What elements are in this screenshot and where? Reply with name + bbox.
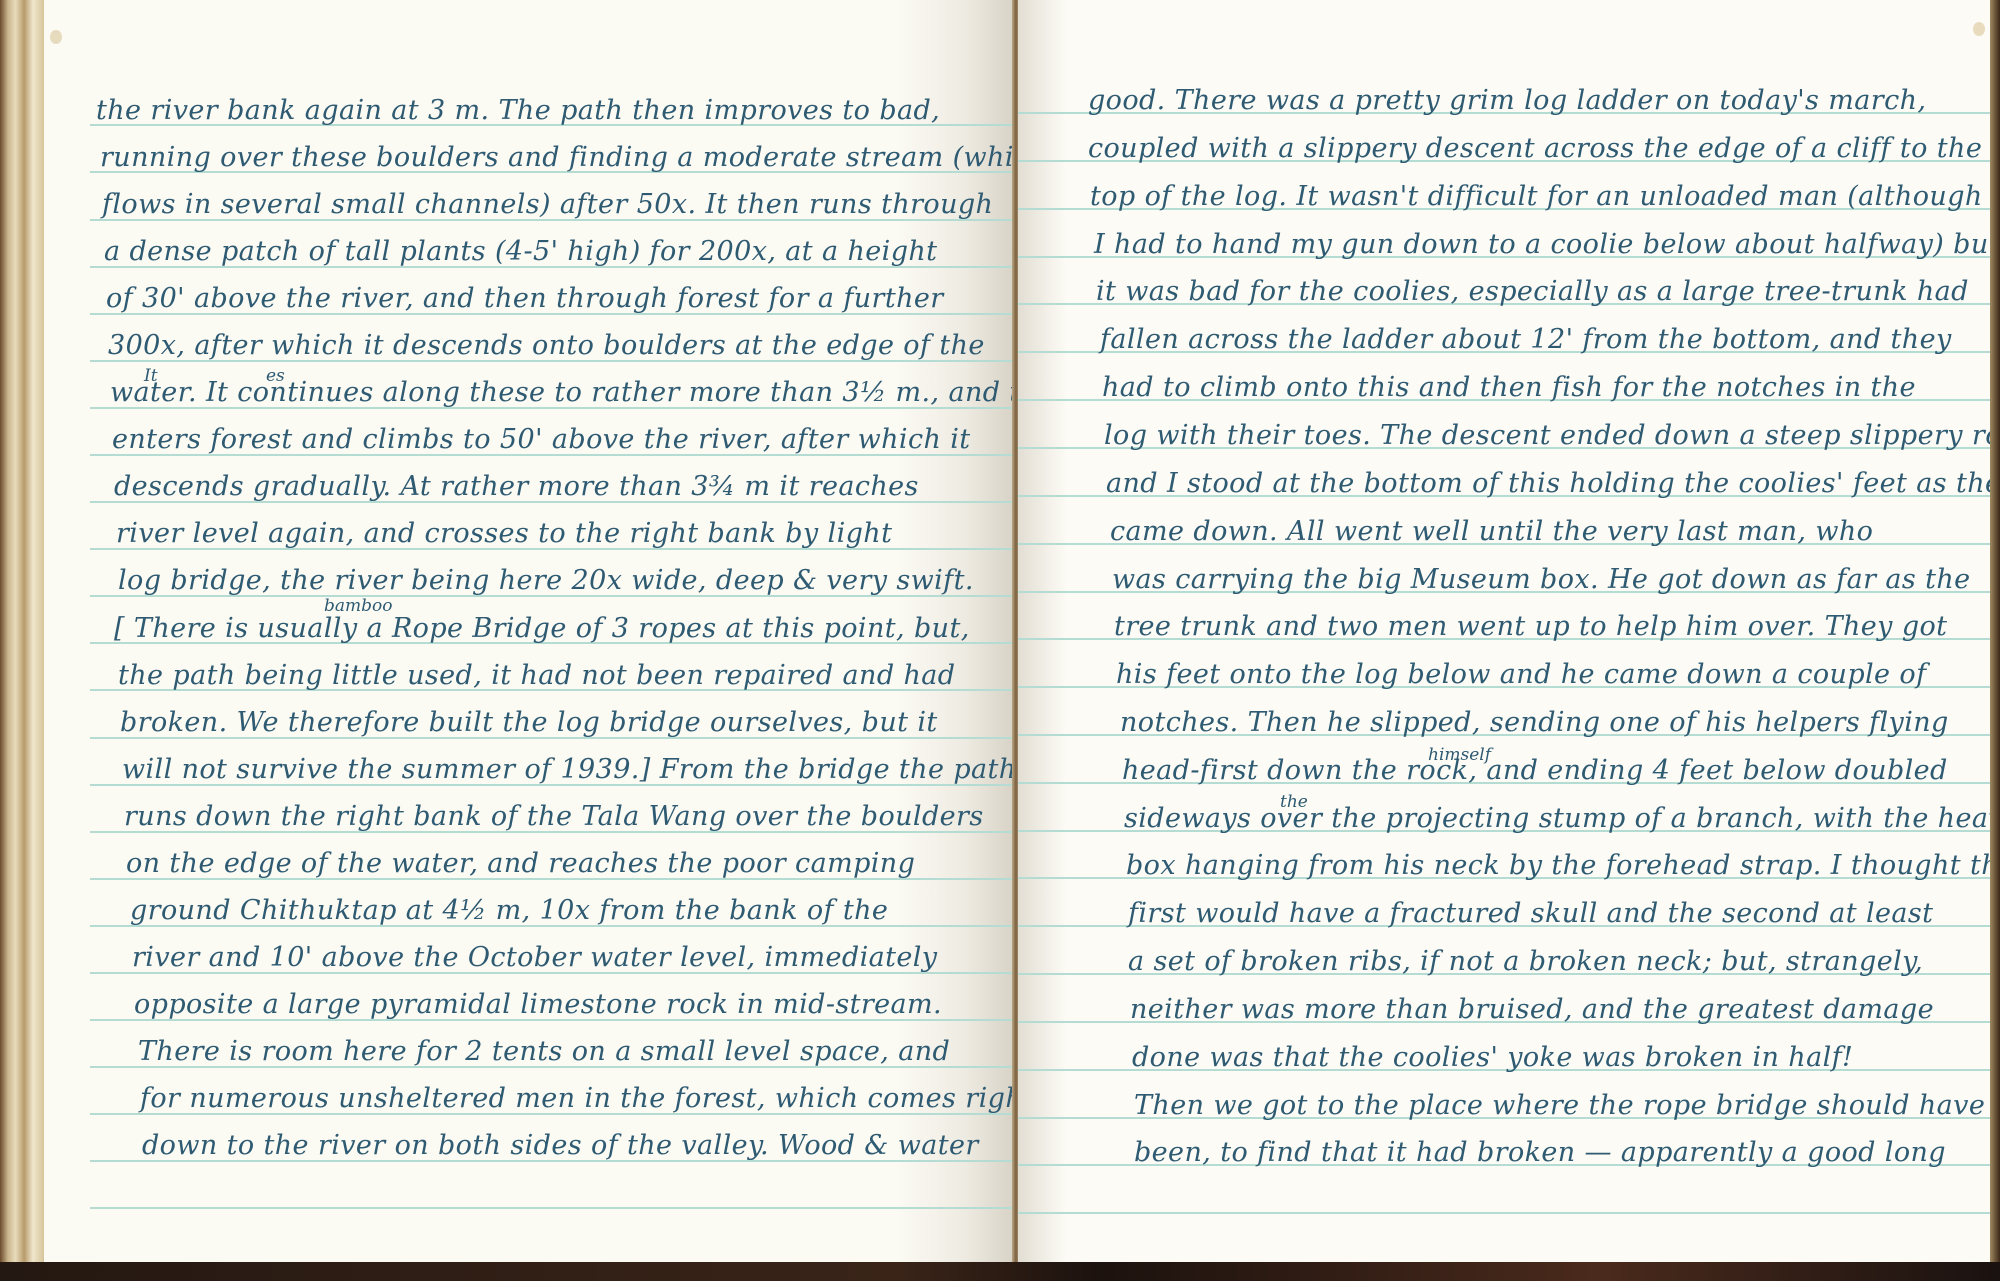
handwritten-line: broken. We therefore built the log bridg… bbox=[120, 708, 938, 738]
handwritten-line: came down. All went well until the very … bbox=[1110, 517, 1873, 547]
interlinear-insertion: It bbox=[144, 366, 158, 386]
handwritten-line: Then we got to the place where the rope … bbox=[1134, 1091, 1985, 1121]
left-page-text: the river bank again at 3 m. The path th… bbox=[44, 0, 1014, 1262]
handwritten-line: log with their toes. The descent ended d… bbox=[1104, 421, 2000, 451]
handwritten-line: ground Chithuktap at 4½ m, 10x from the … bbox=[130, 896, 888, 926]
handwritten-line: There is room here for 2 tents on a smal… bbox=[138, 1037, 950, 1067]
handwritten-line: will not survive the summer of 1939.] Fr… bbox=[122, 755, 1017, 785]
handwritten-line: tree trunk and two men went up to help h… bbox=[1114, 612, 1947, 642]
handwritten-line: coupled with a slippery descent across t… bbox=[1088, 134, 1982, 164]
right-page-text: good. There was a pretty grim log ladder… bbox=[1018, 0, 1990, 1262]
handwritten-line: river level again, and crosses to the ri… bbox=[116, 519, 892, 549]
handwritten-line: of 30' above the river, and then through… bbox=[106, 284, 944, 314]
handwritten-line: log bridge, the river being here 20x wid… bbox=[118, 566, 974, 596]
right-page: good. There was a pretty grim log ladder… bbox=[1018, 0, 1990, 1262]
handwritten-line: water. It continues along these to rathe… bbox=[110, 378, 1073, 408]
handwritten-line: the river bank again at 3 m. The path th… bbox=[96, 96, 940, 126]
handwritten-line: good. There was a pretty grim log ladder… bbox=[1088, 86, 1926, 116]
handwritten-line: a set of broken ribs, if not a broken ne… bbox=[1128, 947, 1923, 977]
handwritten-line: and I stood at the bottom of this holdin… bbox=[1106, 469, 2000, 499]
handwritten-line: box hanging from his neck by the forehea… bbox=[1126, 851, 2000, 881]
handwritten-line: neither was more than bruised, and the g… bbox=[1130, 995, 1934, 1025]
handwritten-line: down to the river on both sides of the v… bbox=[142, 1131, 979, 1161]
handwritten-line: done was that the coolies' yoke was brok… bbox=[1132, 1043, 1853, 1073]
handwritten-line: was carrying the big Museum box. He got … bbox=[1112, 565, 1971, 595]
handwritten-line: flows in several small channels) after 5… bbox=[102, 190, 993, 220]
notebook-spread: the river bank again at 3 m. The path th… bbox=[0, 0, 2000, 1262]
handwritten-line: running over these boulders and finding … bbox=[100, 143, 1047, 173]
handwritten-line: had to climb onto this and then fish for… bbox=[1102, 373, 1916, 403]
handwritten-line: been, to find that it had broken — appar… bbox=[1134, 1138, 1946, 1168]
handwritten-line: top of the log. It wasn't difficult for … bbox=[1090, 182, 1983, 212]
left-page: the river bank again at 3 m. The path th… bbox=[44, 0, 1014, 1262]
handwritten-line: river and 10' above the October water le… bbox=[132, 943, 937, 973]
handwritten-line: [ There is usually a Rope Bridge of 3 ro… bbox=[114, 614, 970, 644]
handwritten-line: 300x, after which it descends onto bould… bbox=[108, 331, 985, 361]
interlinear-insertion: es bbox=[266, 366, 285, 386]
handwritten-line: descends gradually. At rather more than … bbox=[114, 472, 919, 502]
book-cover-right-edge bbox=[1990, 0, 2000, 1262]
handwritten-line: a dense patch of tall plants (4-5' high)… bbox=[104, 237, 937, 267]
handwritten-line: I had to hand my gun down to a coolie be… bbox=[1094, 230, 2000, 260]
handwritten-line: opposite a large pyramidal limestone roc… bbox=[134, 990, 942, 1020]
handwritten-line: sideways over the projecting stump of a … bbox=[1124, 804, 2000, 834]
page-stack-left-edge bbox=[0, 0, 44, 1262]
handwritten-line: it was bad for the coolies, especially a… bbox=[1096, 277, 1969, 307]
interlinear-insertion: bamboo bbox=[324, 596, 393, 616]
background-surface bbox=[0, 1262, 2000, 1281]
handwritten-line: the path being little used, it had not b… bbox=[118, 661, 955, 691]
handwritten-line: first would have a fractured skull and t… bbox=[1128, 899, 1933, 929]
handwritten-line: on the edge of the water, and reaches th… bbox=[126, 849, 915, 879]
handwritten-line: his feet onto the log below and he came … bbox=[1116, 660, 1926, 690]
handwritten-line: notches. Then he slipped, sending one of… bbox=[1120, 708, 1949, 738]
handwritten-line: fallen across the ladder about 12' from … bbox=[1100, 325, 1952, 355]
interlinear-insertion: himself bbox=[1428, 745, 1491, 765]
handwritten-line: enters forest and climbs to 50' above th… bbox=[112, 425, 971, 455]
handwritten-line: runs down the right bank of the Tala Wan… bbox=[124, 802, 984, 832]
handwritten-line: head-first down the rock, and ending 4 f… bbox=[1122, 756, 1948, 786]
interlinear-insertion: the bbox=[1280, 792, 1308, 812]
handwritten-line: for numerous unsheltered men in the fore… bbox=[140, 1084, 1034, 1114]
